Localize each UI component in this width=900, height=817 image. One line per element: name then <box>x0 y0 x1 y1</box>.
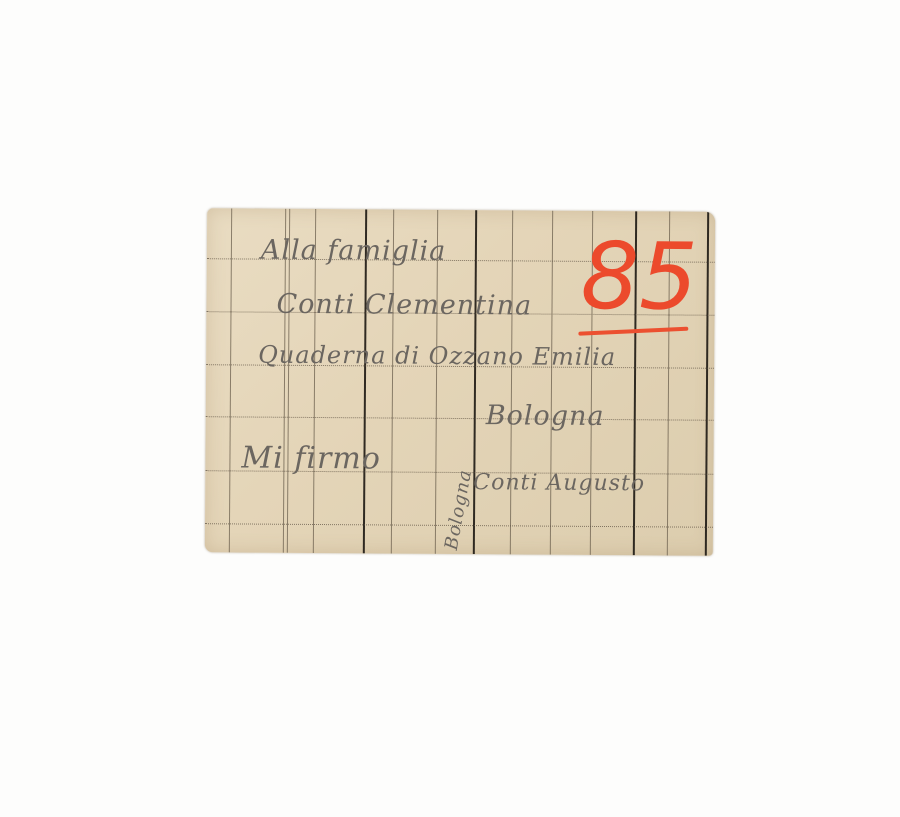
grid-line <box>550 211 553 555</box>
line-city: Bologna <box>486 400 605 432</box>
line-greeting: Alla famiglia <box>261 235 447 267</box>
line-signature: Conti Augusto <box>473 470 645 496</box>
grid-line <box>206 416 714 421</box>
line-sign-off: Mi firmo <box>241 440 381 476</box>
line-recipient: Conti Clementina <box>276 289 532 322</box>
line-address: Quaderna di Ozzano Emilia <box>258 341 616 371</box>
grid-line <box>510 210 513 554</box>
vertical-note: Bologna <box>441 468 476 552</box>
grid-line <box>473 210 477 554</box>
grid-line <box>705 212 709 556</box>
handwritten-card: Alla famiglia Conti Clementina Quaderna … <box>205 208 715 556</box>
grid-line <box>229 208 232 552</box>
red-number: 85 <box>580 231 698 324</box>
